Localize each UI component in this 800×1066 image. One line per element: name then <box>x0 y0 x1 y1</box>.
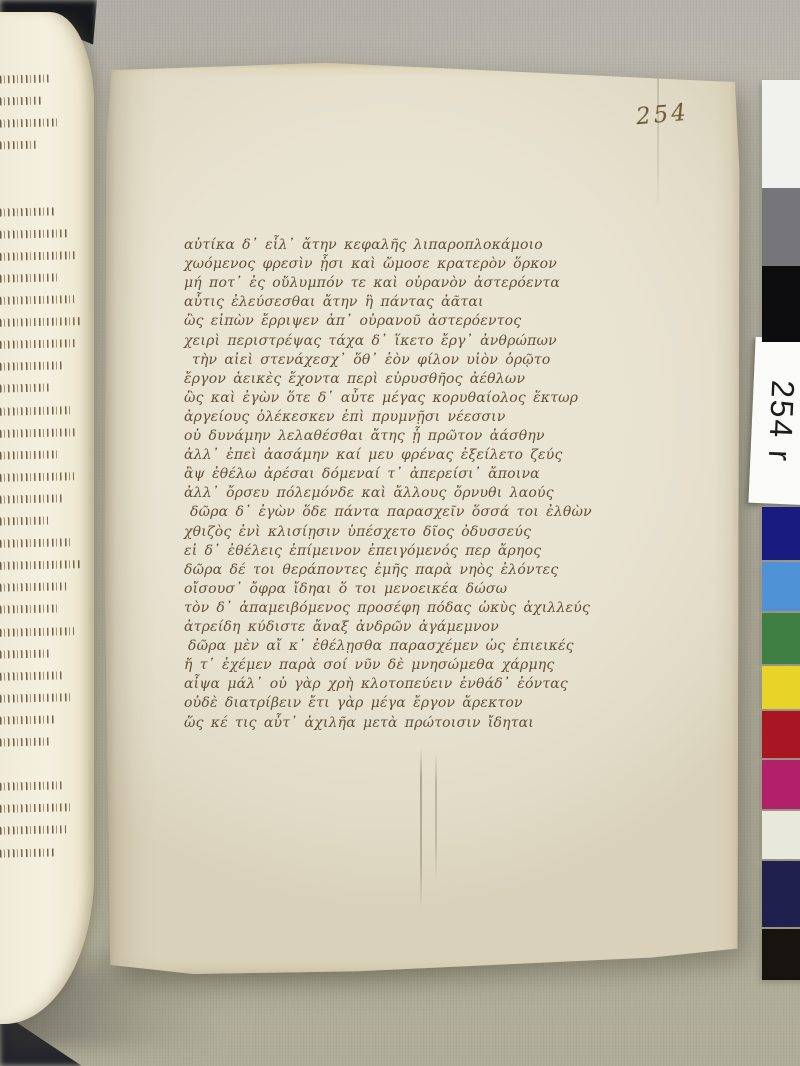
folio-number-handwritten: 254 <box>635 100 690 131</box>
facing-page-text-stroke <box>0 97 42 106</box>
greek-text-line: οὐδὲ διατρίβειν ἔτι γὰρ μέγα ἔργον ἄρεκτ… <box>184 694 523 713</box>
ruling-line <box>420 748 422 908</box>
facing-page-text-stroke <box>0 361 64 370</box>
facing-page-text-stroke <box>0 383 52 392</box>
greek-text-line: δῶρα δ᾽ ἐγὼν ὅδε πάντα παρασχεῖν ὅσσά το… <box>190 503 592 522</box>
facing-page-text-stroke <box>0 671 64 680</box>
ruling-line <box>657 68 659 206</box>
facing-page-text-stroke <box>0 582 66 591</box>
facing-page-text-stroke <box>0 538 72 548</box>
color-patch-navy-blue <box>762 507 800 560</box>
facing-page-text-stroke <box>0 450 58 459</box>
greek-text-line: οὐ δυνάμην λελαθέσθαι ἄτης ᾗ πρῶτον ἀάσθ… <box>184 427 545 446</box>
greek-text-line: ὣς εἰπὼν ἔρριψεν ἀπ᾽ οὐρανοῦ ἀστερόεντος <box>184 312 521 331</box>
folio-label-card: 254 r <box>748 337 800 505</box>
greek-text-line: ὥς κέ τις αὖτ᾽ ἀχιλῆα μετὰ πρώτοισιν ἴδη… <box>184 714 534 733</box>
manuscript-photograph: 254 αὐτίκα δ᾽ εἷλ᾽ ἄτην κεφαλῆς λιπαροπλ… <box>0 0 800 1066</box>
color-patch-dark-navy <box>762 861 800 927</box>
facing-page-text-stroke <box>0 848 56 857</box>
greek-text-line: αὖτις ἐλεύσεσθαι ἄτην ἣ πάντας ἀᾶται <box>184 293 484 312</box>
facing-page-text-stroke <box>0 737 50 746</box>
facing-page-text-stroke <box>0 141 38 150</box>
greek-text-line: ἀργείους ὀλέκεσκεν ἐπὶ πρυμνῇσι νέεσσιν <box>184 408 506 427</box>
facing-page-text-stroke <box>0 339 76 349</box>
manuscript-page-recto: 254 αὐτίκα δ᾽ εἷλ᾽ ἄτην κεφαλῆς λιπαροπλ… <box>104 62 740 974</box>
greek-text-line: ἀλλ᾽ ὄρσευ πόλεμόνδε καὶ ἄλλους ὄρνυθι λ… <box>184 484 554 503</box>
facing-page-text-stroke <box>0 715 56 724</box>
color-patch-black <box>762 266 800 342</box>
greek-text-line: οἴσουσ᾽ ὄφρα ἴδηαι ὅ τοι μενοεικέα δώσω <box>184 580 507 599</box>
facing-page-text-stroke <box>0 317 80 327</box>
facing-page-text-stroke <box>0 803 72 813</box>
facing-page-text-stroke <box>0 406 72 416</box>
color-patch-yellow <box>762 666 800 709</box>
greek-text-line: ἔργον ἀεικὲς ἔχοντα περὶ εὐρυσθῆος ἀέθλω… <box>184 370 525 389</box>
greek-text-line: δῶρα δέ τοι θεράποντες ἐμῆς παρὰ νηὸς ἑλ… <box>184 561 558 580</box>
facing-page-text-stroke <box>0 516 48 525</box>
facing-page-text-stroke <box>0 472 74 482</box>
greek-text-line: χθιζὸς ἐνὶ κλισίῃσιν ὑπέσχετο δῖος ὀδυσσ… <box>184 523 531 542</box>
greek-text-line: δῶρα μὲν αἴ κ᾽ ἐθέλῃσθα παρασχέμεν ὡς ἐπ… <box>188 637 574 656</box>
color-patch-near-black <box>762 929 800 980</box>
facing-page-text-stroke <box>0 560 80 570</box>
facing-page-text-stroke <box>0 604 58 613</box>
greek-text-line: εἰ δ᾽ ἐθέλεις ἐπίμεινον ἐπειγόμενός περ … <box>184 542 541 561</box>
color-patch-light-blue <box>762 562 800 611</box>
facing-page-text-stroke <box>0 273 60 282</box>
facing-page-text-stroke <box>0 825 66 834</box>
color-patch-off-white <box>762 811 800 859</box>
color-patch-dark-red <box>762 711 800 758</box>
greek-text-line: ἀτρείδη κύδιστε ἄναξ ἀνδρῶν ἀγάμεμνον <box>184 618 499 637</box>
greek-text-line: χωόμενος φρεσὶν ᾗσι καὶ ὤμοσε κρατερὸν ὅ… <box>184 255 557 274</box>
facing-page-text-stroke <box>0 781 62 790</box>
facing-page-text-stroke <box>0 693 70 702</box>
facing-page-text-stroke <box>0 649 52 658</box>
greek-text-line: αὐτίκα δ᾽ εἷλ᾽ ἄτην κεφαλῆς λιπαροπλοκάμ… <box>184 236 543 255</box>
facing-page-text-stroke <box>0 295 74 305</box>
facing-page-text-stroke <box>0 229 68 238</box>
facing-page-text-stroke <box>0 494 62 503</box>
facing-page-text-stroke <box>0 118 58 127</box>
greek-text-line: αἶψα μάλ᾽ οὐ γὰρ χρὴ κλοτοπεύειν ἐνθάδ᾽ … <box>184 675 568 694</box>
color-patch-green <box>762 613 800 664</box>
folio-label-text: 254 r <box>761 379 800 463</box>
greek-text-line: ἤ τ᾽ ἐχέμεν παρὰ σοί νῦν δὲ μνησώμεθα χά… <box>184 656 554 675</box>
color-patch-magenta <box>762 760 800 809</box>
greek-text-line: τὴν αἰεὶ στενάχεσχ᾽ ὅθ᾽ ἑὸν φίλον υἱὸν ὁ… <box>192 351 550 370</box>
facing-page-text-stroke <box>0 74 50 83</box>
greek-text-line: μή ποτ᾽ ἐς οὔλυμπόν τε καὶ οὐρανὸν ἀστερ… <box>184 274 560 293</box>
color-patch-white <box>762 80 800 188</box>
facing-page-edge <box>0 12 94 1024</box>
greek-text-line: ὣς καὶ ἐγὼν ὅτε δ᾽ αὖτε μέγας κορυθαίολο… <box>184 389 578 408</box>
greek-text-line: ἀλλ᾽ ἐπεὶ ἀασάμην καί μευ φρένας ἐξείλετ… <box>184 446 563 465</box>
ruling-line <box>435 752 437 880</box>
color-patch-mid-gray <box>762 188 800 266</box>
greek-text-line: ἂψ ἐθέλω ἀρέσαι δόμεναί τ᾽ ἀπερείσι᾽ ἄπο… <box>184 465 540 484</box>
greek-text-line: χειρὶ περιστρέψας τάχα δ᾽ ἵκετο ἔργ᾽ ἀνθ… <box>184 332 557 351</box>
facing-page-text-stroke <box>0 251 78 261</box>
facing-page-text-stroke <box>0 428 78 438</box>
facing-page-text-stroke <box>0 207 54 216</box>
facing-page-text-stroke <box>0 627 74 637</box>
greek-text-line: τὸν δ᾽ ἀπαμειβόμενος προσέφη πόδας ὠκὺς … <box>184 599 590 618</box>
